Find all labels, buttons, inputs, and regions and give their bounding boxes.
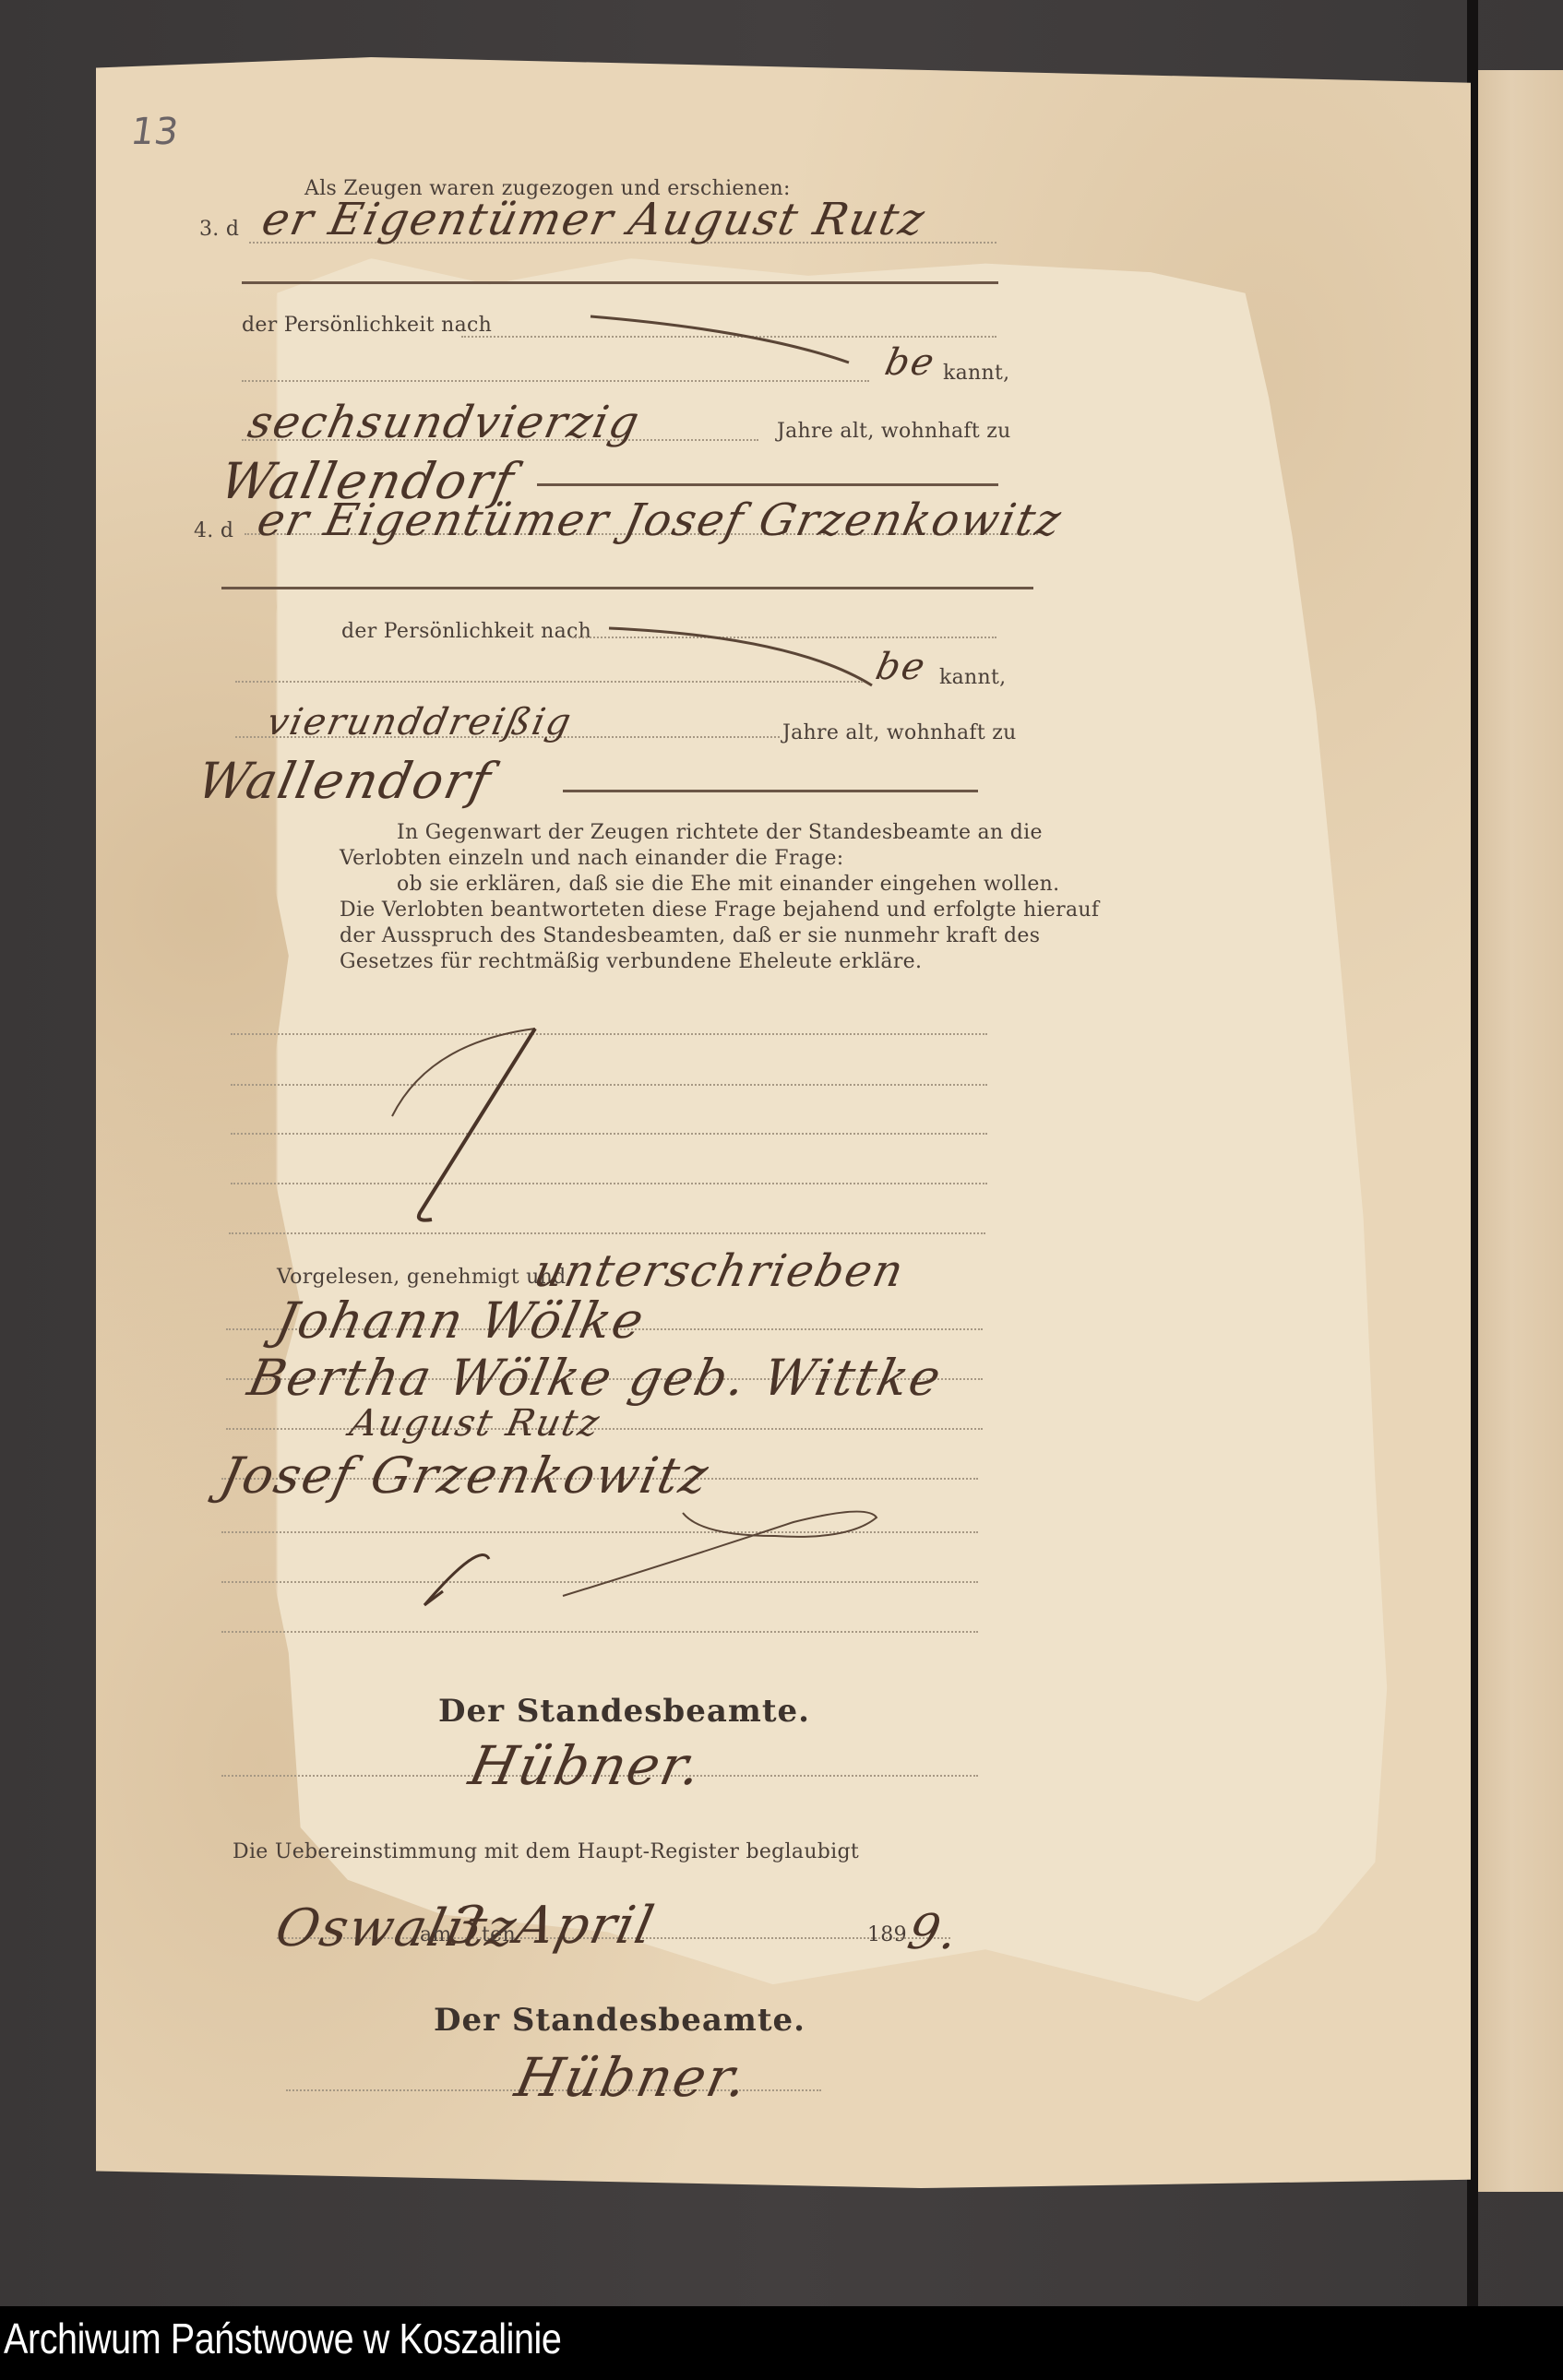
certification-year-prefix: 189 [867,1923,907,1946]
page-number: 13 [128,111,181,153]
signature-groom: Johann Wölke [270,1291,650,1350]
declaration-line: der Ausspruch des Standesbeamten, daß er… [340,924,1040,947]
witness-3-name: er Eigentümer August Rutz [257,194,930,245]
archive-name: Archiwum Państwowe w Koszalinie [4,2314,561,2363]
witness-3-age: sechsundvierzig [244,397,645,448]
dash-stroke [591,312,867,367]
registrar-title: Der Standesbeamte. [438,1693,810,1730]
registrar-title: Der Standesbeamte. [434,2002,805,2039]
underline [221,587,1033,589]
closing-flourish-stroke [295,1504,960,1642]
dotted-line [242,380,869,382]
witness-4-known-prefix: be [872,646,930,688]
witness-4-residence: Wallendorf [192,752,497,810]
witness-3-number: 3. d [199,218,239,241]
registrar-signature: Hübner. [510,2046,755,2109]
dotted-line [229,1232,985,1234]
signing-hand-word: unterschrieben [530,1245,910,1297]
witness-4-number: 4. d [194,519,233,542]
witness-4-age: vierunddreißig [263,701,576,744]
certification-month: April [510,1896,661,1956]
signature-witness-4: Josef Grzenkowitz [215,1446,714,1505]
underline [537,483,998,486]
underline [242,281,998,284]
declaration-line: ob sie erklären, daß sie die Ehe mit ein… [397,873,1059,896]
witness-3-known-prefix: be [881,341,939,384]
signing-label: Vorgelesen, genehmigt und [277,1266,566,1289]
dotted-line [231,1183,987,1184]
certification-ten-label: ten [482,1923,516,1946]
dotted-line [235,681,863,683]
underline [563,790,978,792]
certification-label: Die Uebereinstimmung mit dem Haupt-Regis… [233,1840,859,1863]
void-strike-stroke [351,1024,572,1227]
declaration-line: In Gegenwart der Zeugen richtete der Sta… [397,821,1043,844]
witness-4-known-suffix: kannt, [939,666,1006,689]
dotted-line [231,1133,987,1135]
dotted-line [226,1428,983,1430]
witness-4-age-label: Jahre alt, wohnhaft zu [782,721,1017,744]
archive-footer: Archiwum Państwowe w Koszalinie [0,2306,1563,2380]
declaration-line: Die Verlobten beantworteten diese Frage … [340,898,1099,922]
signature-bride: Bertha Wölke geb. Wittke [243,1349,947,1407]
declaration-line: Verlobten einzeln und nach einander die … [340,847,843,870]
declaration-line: Gesetzes für rechtmäßig verbundene Ehele… [340,950,922,973]
witness-3-identity-label: der Persönlichkeit nach [242,314,492,337]
adjacent-page-edge [1474,70,1563,2192]
signature-witness-3: August Rutz [346,1402,604,1445]
registrar-signature: Hübner. [464,1734,709,1797]
witness-3-known-suffix: kannt, [943,362,1009,385]
witness-4-identity-label: der Persönlichkeit nach [341,620,591,643]
witness-4-name: er Eigentümer Josef Grzenkowitz [253,494,1067,546]
dotted-line [231,1033,987,1035]
witness-3-age-label: Jahre alt, wohnhaft zu [777,420,1011,443]
dotted-line [231,1084,987,1086]
